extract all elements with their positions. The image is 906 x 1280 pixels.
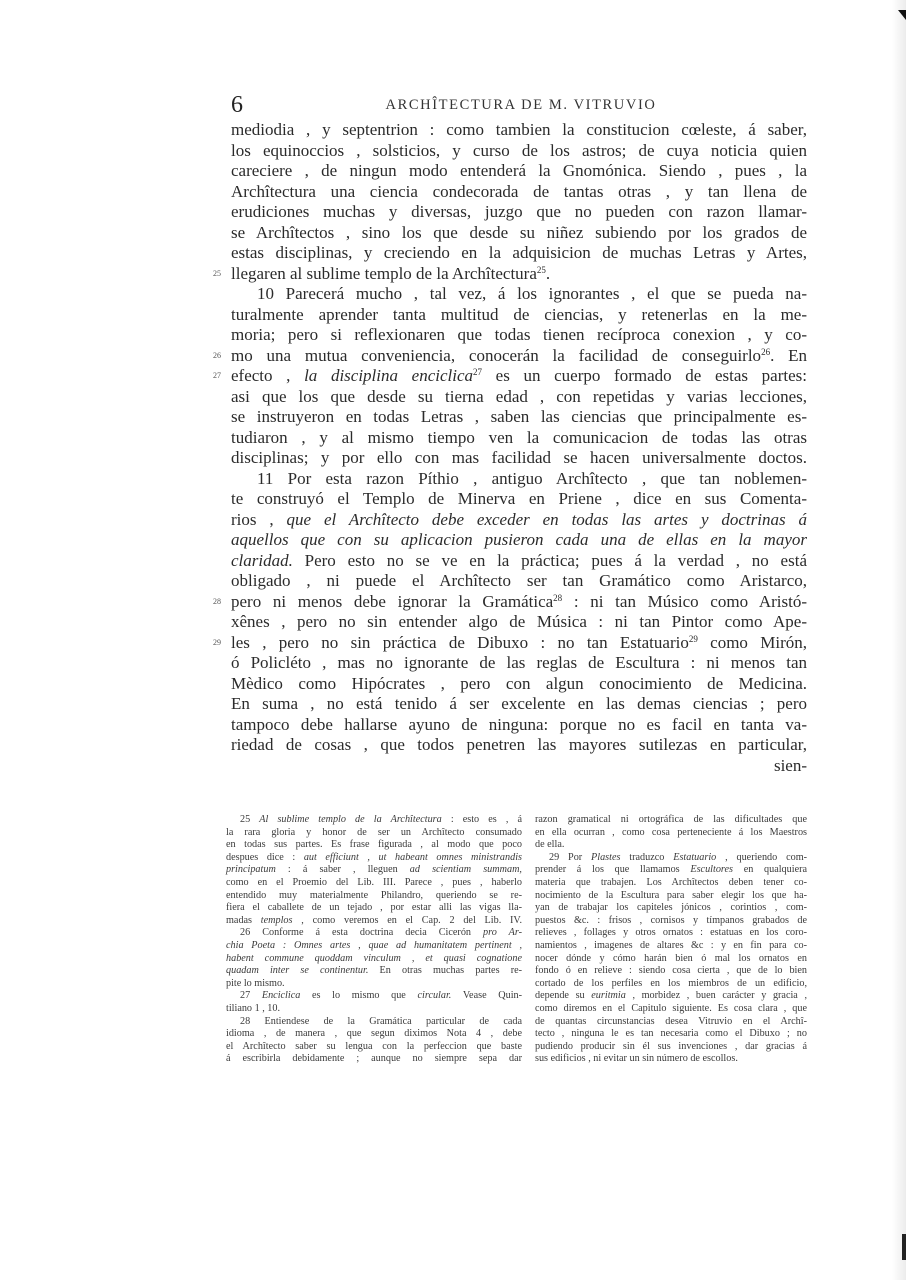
text-line: xênes , pero no sin entender algo de Mús… xyxy=(231,612,807,633)
text-run: pite lo mismo. xyxy=(226,978,285,989)
text-run: fondo ó en relieve : siendo cosa cierta … xyxy=(535,965,807,976)
text-run: la rara gloria y honor de ser un Archîte… xyxy=(226,827,522,838)
text-run: 10 Parecerá mucho , tal vez, á los ignor… xyxy=(257,284,807,303)
text-run: disciplinas; y por ello con mas facilida… xyxy=(231,448,807,467)
text-run: 25 xyxy=(240,814,259,825)
text-run: despues dice : xyxy=(226,852,304,863)
text-run: , morbidez , buen carácter y gracia , xyxy=(626,990,807,1001)
text-run: traduzco xyxy=(620,852,673,863)
text-run: entendido muy materialmente Philandro, q… xyxy=(226,890,522,901)
text-run: te construyó el Templo de Minerva en Pri… xyxy=(231,489,807,508)
text-run: como Mirón, xyxy=(698,633,807,652)
text-line: 29les , pero no sin práctica de Dibuxo :… xyxy=(231,633,807,654)
text-run: puestos &c. : frisos , cornisos y tímpan… xyxy=(535,915,807,926)
margin-note-number: 27 xyxy=(213,366,221,387)
text-run: cortado de los perfiles en los miembros … xyxy=(535,978,807,989)
text-run: depende su xyxy=(535,990,591,1001)
text-run: tampoco debe hallarse ayuno de ninguna: … xyxy=(231,715,807,734)
text-line: riedad de cosas , que todos penetren las… xyxy=(231,735,807,756)
footnote-line: namientos , imagenes de altares &c : y e… xyxy=(535,940,807,953)
footnote-line: 25 Al sublime templo de la Archîtectura … xyxy=(226,814,522,827)
text-run: les , pero no sin práctica de Dibuxo : n… xyxy=(231,633,689,652)
footnote-line: la rara gloria y honor de ser un Archîte… xyxy=(226,827,522,840)
text-run: . En xyxy=(770,346,807,365)
text-line: Mèdico como Hipócrates , pero con algun … xyxy=(231,674,807,695)
text-run: asi que los que desde su tierna edad , c… xyxy=(231,387,807,406)
margin-note-number: 25 xyxy=(213,264,221,285)
text-run: : esto es , á xyxy=(442,814,522,825)
italic-run: Enciclica xyxy=(262,990,300,1001)
text-line: erudiciones muchas y diversas, juzgo que… xyxy=(231,202,807,223)
text-run: los equinoccios , solsticios, y curso de… xyxy=(231,141,807,160)
italic-run: aut efficiunt , ut habeant omnes ministr… xyxy=(304,852,522,863)
text-run: en todas sus partes. Es frase figurada ,… xyxy=(226,839,522,850)
italic-run: la disciplina enciclica xyxy=(304,366,473,385)
text-line: los equinoccios , solsticios, y curso de… xyxy=(231,141,807,162)
italic-run: Plastes xyxy=(591,852,620,863)
footnote-line: en ella ocurran , como cosa pertenecient… xyxy=(535,827,807,840)
text-run: se instruyeron en todas Letras , saben l… xyxy=(231,407,807,426)
footnote-line: nocimiento de la Escultura para saber el… xyxy=(535,890,807,903)
text-run: en ella ocurran , como cosa pertenecient… xyxy=(535,827,807,838)
text-run: como en el Proemio del Lib. III. Parece … xyxy=(226,877,522,888)
text-line: 28pero ni menos debe ignorar la Gramátic… xyxy=(231,592,807,613)
footnote-reference: 26 xyxy=(761,347,770,357)
footnote-reference: 25 xyxy=(537,265,546,275)
footnote-line: como diremos en el Capitulo siguiente. E… xyxy=(535,1003,807,1016)
footnote-line: razon gramatical ni ortográfica de las d… xyxy=(535,814,807,827)
scan-corner-mark-bottom xyxy=(902,1234,906,1260)
footnotes-right-column: razon gramatical ni ortográfica de las d… xyxy=(535,814,807,1066)
text-run: pero ni menos debe ignorar la Gramática xyxy=(231,592,553,611)
italic-run: Estatuario xyxy=(673,852,716,863)
text-run: En otras muchas partes re- xyxy=(368,965,522,976)
text-run: nocer dónde y cómo harán bien ó mal los … xyxy=(535,953,807,964)
footnote-line: pite lo mismo. xyxy=(226,978,522,991)
text-run: 27 xyxy=(240,990,262,1001)
text-run: : á saber , lleguen xyxy=(276,864,410,875)
text-run: mediodia , y septentrion : como tambien … xyxy=(231,120,807,139)
footnote-line: fiera el caballete de un tejado , por es… xyxy=(226,902,522,915)
text-run: 26 Conforme á esta doctrina decia Ciceró… xyxy=(240,927,483,938)
footnote-line: habent commune quoddam vinculum , et qua… xyxy=(226,953,522,966)
text-line: estas disciplinas, y creciendo en la adq… xyxy=(231,243,807,264)
text-run: prender á los que llamamos xyxy=(535,864,690,875)
text-run: erudiciones muchas y diversas, juzgo que… xyxy=(231,202,807,221)
text-run: á escribirla debidamente ; aunque no sie… xyxy=(226,1053,522,1064)
text-run: moria; pero si reflexionaren que todas t… xyxy=(231,325,807,344)
margin-note-number: 29 xyxy=(213,633,221,654)
footnote-line: de quantas circunstancias desea Vitruvio… xyxy=(535,1016,807,1029)
footnote-line: depende su euritmia , morbidez , buen ca… xyxy=(535,990,807,1003)
page-header: 6 ARCHÎTECTURA DE M. VITRUVIO xyxy=(231,92,811,118)
text-run: fiera el caballete de un tejado , por es… xyxy=(226,902,522,913)
text-run: : ni tan Músico como Aristó- xyxy=(562,592,807,611)
footnote-line: de ella. xyxy=(535,839,807,852)
text-run: en qualquiera xyxy=(733,864,807,875)
text-run: ó Policléto , mas no ignorante de las re… xyxy=(231,653,807,672)
italic-run: principatum xyxy=(226,864,276,875)
text-line: mediodia , y septentrion : como tambien … xyxy=(231,120,807,141)
text-run: es lo mismo que xyxy=(300,990,417,1001)
footnote-line: 29 Por Plastes traduzco Estatuario , que… xyxy=(535,852,807,865)
text-run: . xyxy=(546,264,550,283)
footnote-line: relieves , follages y otros ornatos : es… xyxy=(535,927,807,940)
text-run: namientos , imagenes de altares &c : y e… xyxy=(535,940,807,951)
footnote-line: como en el Proemio del Lib. III. Parece … xyxy=(226,877,522,890)
text-line: 27efecto , la disciplina enciclica27 es … xyxy=(231,366,807,387)
text-run: el Archîtecto saber su lengua con la per… xyxy=(226,1041,522,1052)
text-run: yan de trabajar los capiteles jónicos , … xyxy=(535,902,807,913)
page-edge-shadow xyxy=(892,0,906,1280)
footnote-line: chia Poeta : Omnes artes , quae ad human… xyxy=(226,940,522,953)
footnote-line: 26 Conforme á esta doctrina decia Ciceró… xyxy=(226,927,522,940)
text-line: 25llegaren al sublime templo de la Archî… xyxy=(231,264,807,285)
italic-run: que el Archîtecto debe exceder en todas … xyxy=(287,510,807,529)
text-line: Archîtectura una ciencia condecorada de … xyxy=(231,182,807,203)
text-run: nocimiento de la Escultura para saber el… xyxy=(535,890,807,901)
text-run: de ella. xyxy=(535,839,564,850)
footnote-line: despues dice : aut efficiunt , ut habean… xyxy=(226,852,522,865)
footnote-line: pudiendo producir sin él sus invenciones… xyxy=(535,1041,807,1054)
italic-run: claridad. xyxy=(231,551,293,570)
footnote-line: prender á los que llamamos Escultores en… xyxy=(535,864,807,877)
footnote-reference: 29 xyxy=(689,634,698,644)
footnote-line: tecto , ninguna le es tan necesaria como… xyxy=(535,1028,807,1041)
italic-run: Escultores xyxy=(690,864,733,875)
footnote-line: 27 Enciclica es lo mismo que circular. V… xyxy=(226,990,522,1003)
text-line: se Archîtectos , sino los que desde su n… xyxy=(231,223,807,244)
footnote-line: el Archîtecto saber su lengua con la per… xyxy=(226,1041,522,1054)
italic-run: circular. xyxy=(418,990,452,1001)
margin-note-number: 26 xyxy=(213,346,221,367)
text-run: sus edificios , ni evitar un sin número … xyxy=(535,1053,738,1064)
text-line: se instruyeron en todas Letras , saben l… xyxy=(231,407,807,428)
text-line: 26mo una mutua conveniencia, conocerán l… xyxy=(231,346,807,367)
footnote-line: sus edificios , ni evitar un sin número … xyxy=(535,1053,807,1066)
text-run: turalmente aprender tanta multitud de ci… xyxy=(231,305,807,324)
text-run: tecto , ninguna le es tan necesaria como… xyxy=(535,1028,807,1039)
italic-run: chia Poeta : Omnes artes , quae ad human… xyxy=(226,940,522,951)
text-run: 11 Por esta razon Píthio , antiguo Archî… xyxy=(257,469,807,488)
footnote-reference: 27 xyxy=(473,367,482,377)
italic-run: quadam inter se continentur. xyxy=(226,965,368,976)
text-run: de quantas circunstancias desea Vitruvio… xyxy=(535,1016,807,1027)
italic-run: pro Ar- xyxy=(483,927,522,938)
footnote-line: yan de trabajar los capiteles jónicos , … xyxy=(535,902,807,915)
text-run: Vease Quin- xyxy=(451,990,522,1001)
footnotes-left-column: 25 Al sublime templo de la Archîtectura … xyxy=(226,814,522,1066)
text-line: asi que los que desde su tierna edad , c… xyxy=(231,387,807,408)
footnote-line: puestos &c. : frisos , cornisos y tímpan… xyxy=(535,915,807,928)
text-run: pudiendo producir sin él sus invenciones… xyxy=(535,1041,807,1052)
italic-run: ad scientiam summam, xyxy=(410,864,522,875)
text-run: Mèdico como Hipócrates , pero con algun … xyxy=(231,674,807,693)
text-run: Pero esto no se ve en la práctica; pues … xyxy=(293,551,807,570)
text-line: En suma , no está tenido á ser excelente… xyxy=(231,694,807,715)
main-body-text: mediodia , y septentrion : como tambien … xyxy=(231,120,807,776)
text-line: tudiaron , y al mismo tiempo ven la comu… xyxy=(231,428,807,449)
text-line: moria; pero si reflexionaren que todas t… xyxy=(231,325,807,346)
text-run: rios , xyxy=(231,510,287,529)
text-line: claridad. Pero esto no se ve en la práct… xyxy=(231,551,807,572)
text-run: tudiaron , y al mismo tiempo ven la comu… xyxy=(231,428,807,447)
text-line: aquellos que con su aplicacion pusieron … xyxy=(231,530,807,551)
text-run: , queriendo com- xyxy=(716,852,807,863)
text-run: efecto , xyxy=(231,366,304,385)
text-line: te construyó el Templo de Minerva en Pri… xyxy=(231,489,807,510)
text-run: obligado , ni puede el Archîtecto ser ta… xyxy=(231,571,807,590)
text-line: 10 Parecerá mucho , tal vez, á los ignor… xyxy=(231,284,807,305)
text-run: 28 Entiendese de la Gramática particular… xyxy=(240,1016,522,1027)
text-run: relieves , follages y otros ornatos : es… xyxy=(535,927,807,938)
text-line: ó Policléto , mas no ignorante de las re… xyxy=(231,653,807,674)
text-run: Archîtectura una ciencia condecorada de … xyxy=(231,182,807,201)
italic-run: euritmia xyxy=(591,990,626,1001)
text-line: disciplinas; y por ello con mas facilida… xyxy=(231,448,807,469)
text-line: 11 Por esta razon Píthio , antiguo Archî… xyxy=(231,469,807,490)
text-run: llegaren al sublime templo de la Archîte… xyxy=(231,264,537,283)
footnote-reference: 28 xyxy=(553,593,562,603)
italic-run: Al sublime templo de la Archîtectura xyxy=(259,814,441,825)
footnote-line: madas templos , como veremos en el Cap. … xyxy=(226,915,522,928)
text-run: estas disciplinas, y creciendo en la adq… xyxy=(231,243,807,262)
italic-run: habent commune quoddam vinculum , et qua… xyxy=(226,953,522,964)
text-run: es un cuerpo formado de estas partes: xyxy=(482,366,807,385)
text-run: En suma , no está tenido á ser excelente… xyxy=(231,694,807,713)
text-run: madas xyxy=(226,915,261,926)
running-title: ARCHÎTECTURA DE M. VITRUVIO xyxy=(231,97,811,114)
text-line: rios , que el Archîtecto debe exceder en… xyxy=(231,510,807,531)
text-run: riedad de cosas , que todos penetren las… xyxy=(231,735,807,754)
footnote-line: cortado de los perfiles en los miembros … xyxy=(535,978,807,991)
footnote-line: nocer dónde y cómo harán bien ó mal los … xyxy=(535,953,807,966)
margin-note-number: 28 xyxy=(213,592,221,613)
scan-corner-mark xyxy=(898,10,906,20)
text-run: como diremos en el Capitulo siguiente. E… xyxy=(535,1003,807,1014)
text-line: careciere , de ningun modo entenderá la … xyxy=(231,161,807,182)
footnote-line: quadam inter se continentur. En otras mu… xyxy=(226,965,522,978)
text-run: idioma , de manera , que segun diximos N… xyxy=(226,1028,522,1039)
text-run: 29 Por xyxy=(549,852,591,863)
footnote-line: idioma , de manera , que segun diximos N… xyxy=(226,1028,522,1041)
catchword: sien- xyxy=(231,756,807,777)
footnote-line: materia que trabajen. Los Archîtectos de… xyxy=(535,877,807,890)
italic-run: aquellos que con su aplicacion pusieron … xyxy=(231,530,807,549)
footnote-line: á escribirla debidamente ; aunque no sie… xyxy=(226,1053,522,1066)
text-run: materia que trabajen. Los Archîtectos de… xyxy=(535,877,807,888)
text-run: razon gramatical ni ortográfica de las d… xyxy=(535,814,807,825)
footnote-line: tiliano 1 , 10. xyxy=(226,1003,522,1016)
footnote-line: principatum : á saber , lleguen ad scien… xyxy=(226,864,522,877)
footnote-line: fondo ó en relieve : siendo cosa cierta … xyxy=(535,965,807,978)
text-run: , como veremos en el Cap. 2 del Lib. IV. xyxy=(293,915,523,926)
text-line: obligado , ni puede el Archîtecto ser ta… xyxy=(231,571,807,592)
text-run: xênes , pero no sin entender algo de Mús… xyxy=(231,612,807,631)
text-run: careciere , de ningun modo entenderá la … xyxy=(231,161,807,180)
text-run: mo una mutua conveniencia, conocerán la … xyxy=(231,346,761,365)
footnote-line: entendido muy materialmente Philandro, q… xyxy=(226,890,522,903)
italic-run: templos xyxy=(261,915,293,926)
text-line: tampoco debe hallarse ayuno de ninguna: … xyxy=(231,715,807,736)
footnote-line: 28 Entiendese de la Gramática particular… xyxy=(226,1016,522,1029)
text-line: turalmente aprender tanta multitud de ci… xyxy=(231,305,807,326)
text-run: tiliano 1 , 10. xyxy=(226,1003,280,1014)
text-run: se Archîtectos , sino los que desde su n… xyxy=(231,223,807,242)
footnote-line: en todas sus partes. Es frase figurada ,… xyxy=(226,839,522,852)
